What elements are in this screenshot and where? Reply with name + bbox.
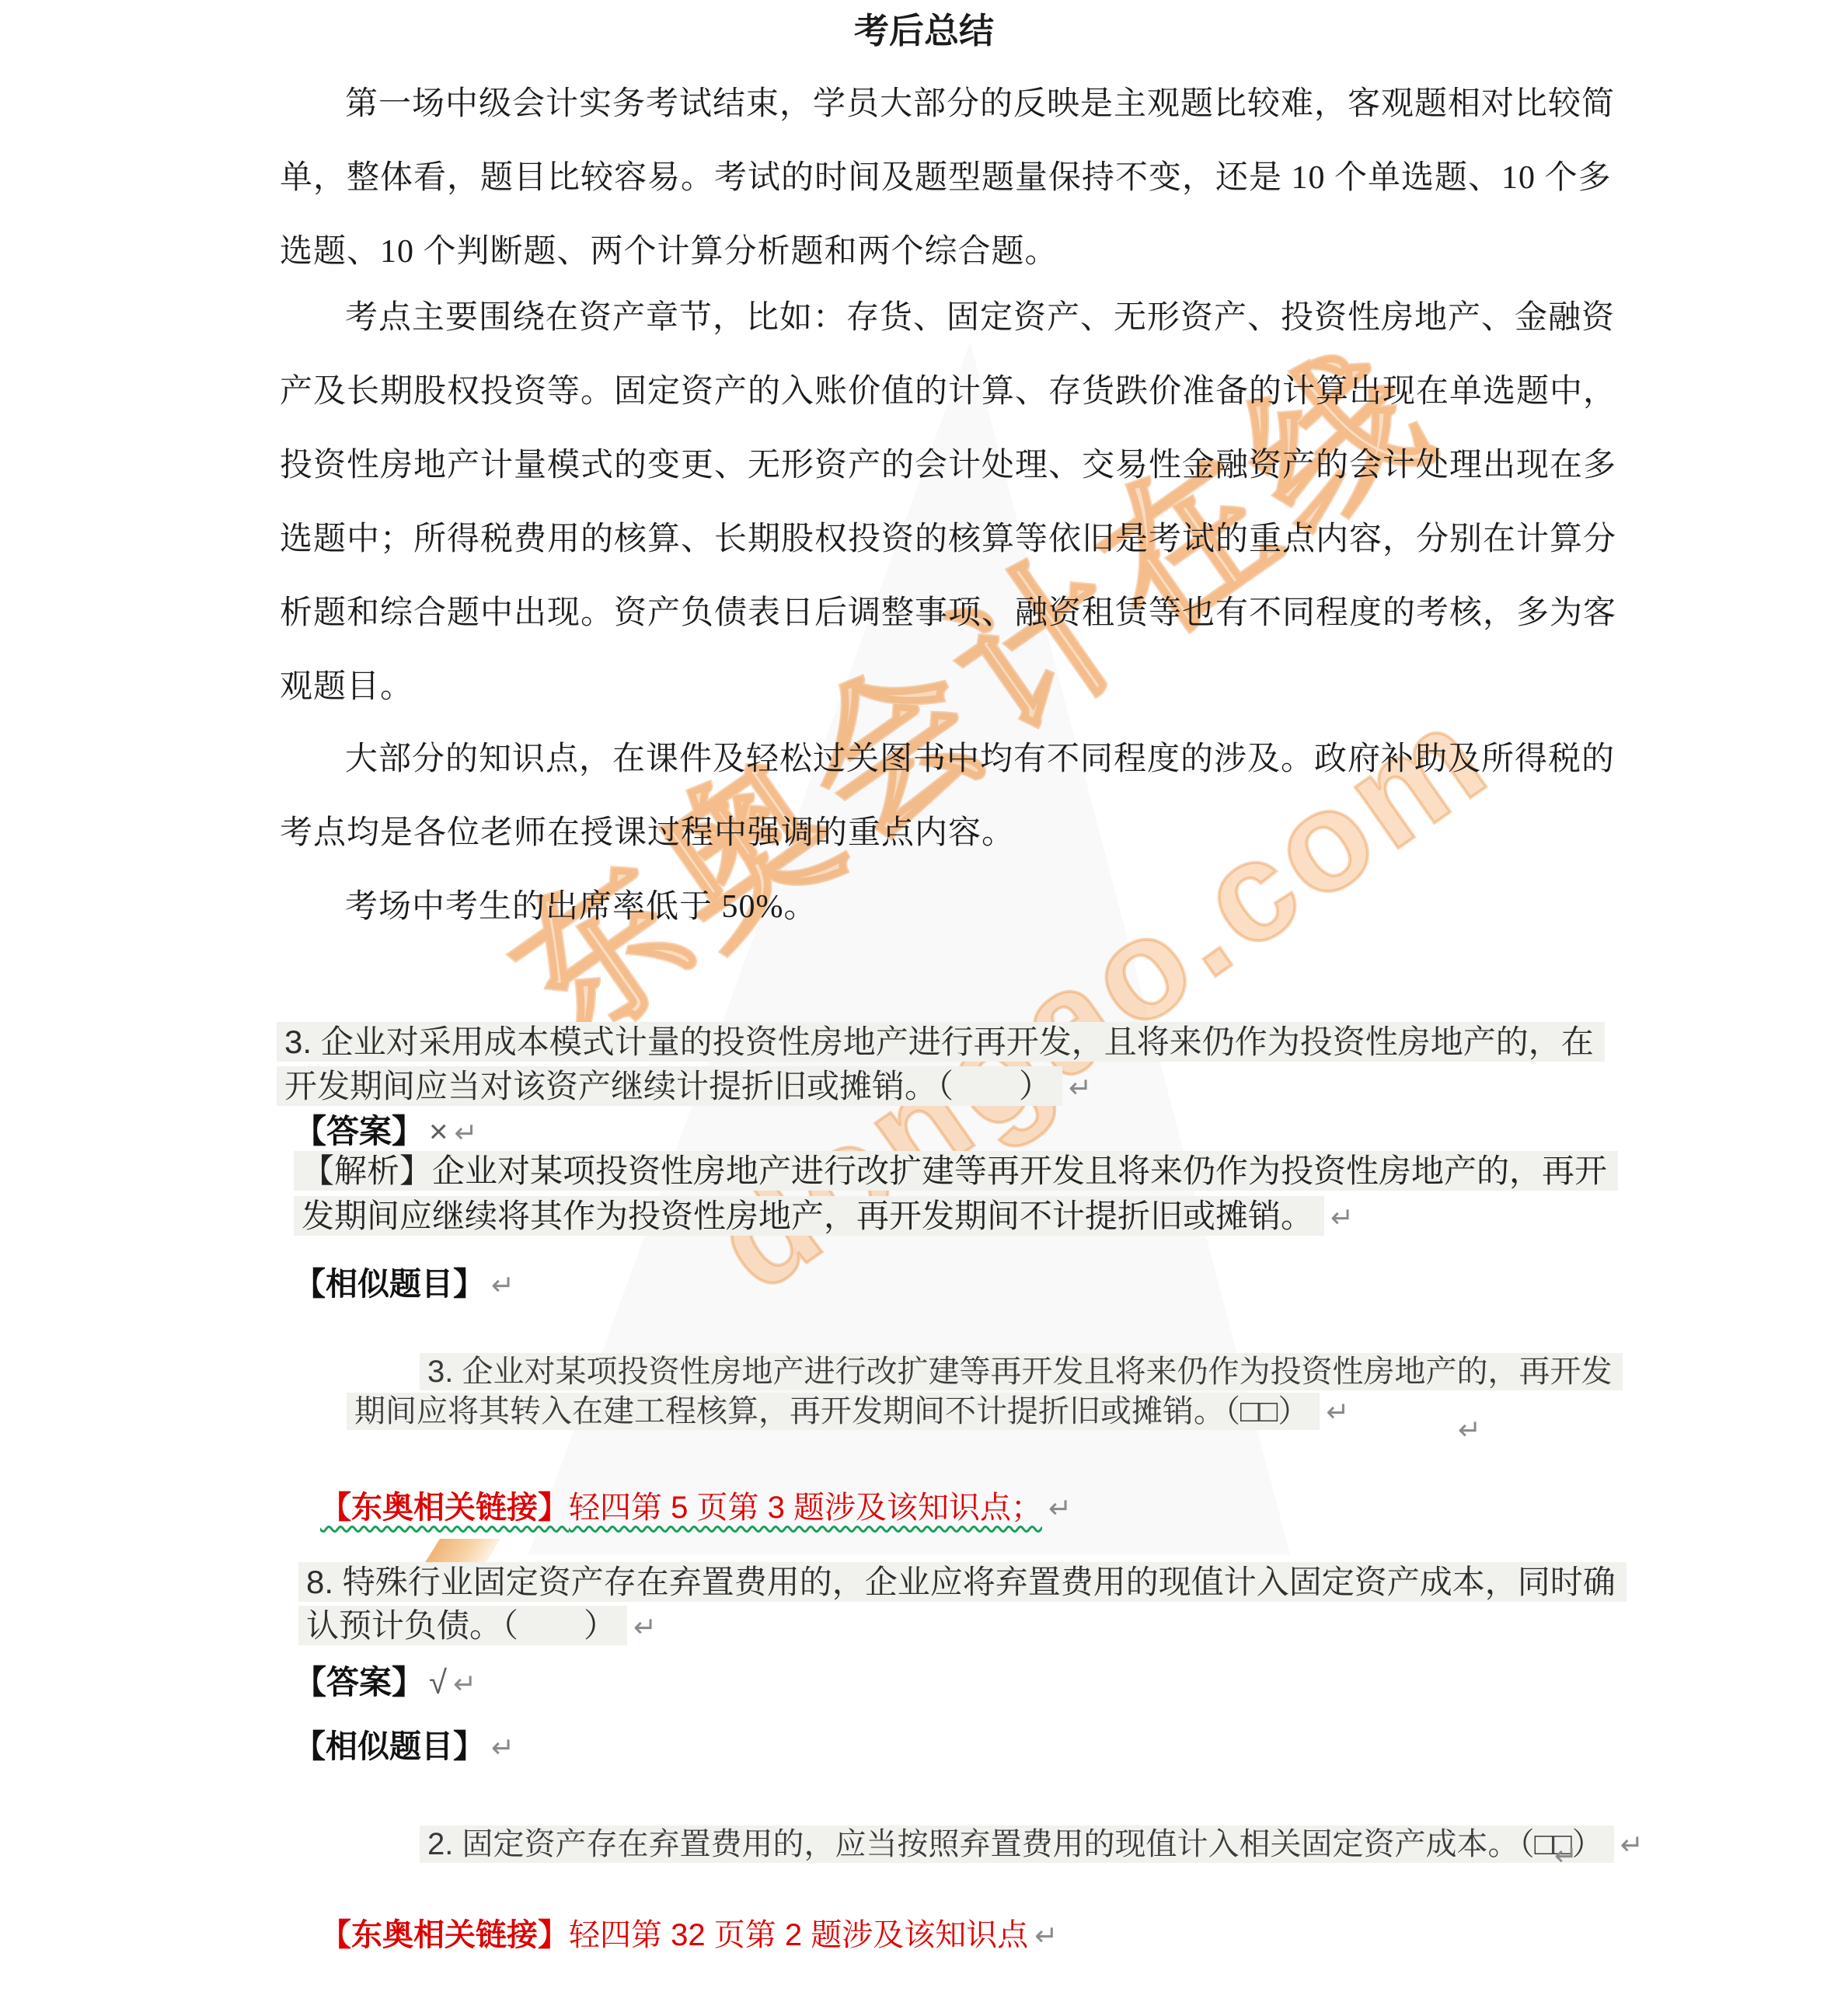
question-text: 8. 特殊行业固定资产存在弃置费用的，企业应将弃置费用的现值计入固定资产成本，同… (298, 1562, 1627, 1602)
paragraph-line: 考点均是各位老师在授课过程中强调的重点内容。 (280, 797, 1015, 870)
similar-question-text: 3. 企业对某项投资性房地产进行改扩建等再开发且将来仍作为投资性房地产的，再开发 (420, 1353, 1623, 1390)
similar-questions-heading: 【相似题目】↵ (294, 1262, 514, 1306)
return-mark-icon: ↵ (448, 1118, 478, 1149)
question-text: 开发期间应当对该资产继续计提折旧或摊销。（ ） (277, 1066, 1062, 1106)
paragraph-line: 第一场中级会计实务考试结束，学员大部分的反映是主观题比较难，客观题相对比较简 (345, 68, 1615, 141)
similar-questions-label: 【相似题目】 (294, 1266, 485, 1302)
return-mark-icon: ↵ (447, 1669, 476, 1700)
question-text: 3. 企业对采用成本模式计量的投资性房地产进行再开发，且将来仍作为投资性房地产的… (277, 1022, 1605, 1062)
paragraph-line: 选题、10 个判断题、两个计算分析题和两个综合题。 (280, 215, 1058, 289)
paragraph-line: 选题中；所得税费用的核算、长期股权投资的核算等依旧是考试的重点内容，分别在计算分 (280, 503, 1616, 577)
paragraph-line: 析题和综合题中出现。资产负债表日后调整事项、融资租赁等也有不同程度的考核，多为客 (280, 577, 1616, 650)
answer-label: 【答案】 (294, 1664, 424, 1700)
return-mark-icon: ↵ (1324, 1202, 1354, 1234)
return-mark-icon: ↵ (1320, 1397, 1349, 1428)
paragraph-line: 单，整体看，题目比较容易。考试的时间及题型题量保持不变，还是 10 个单选题、1… (280, 141, 1612, 215)
question-line: 8. 特殊行业固定资产存在弃置费用的，企业应将弃置费用的现值计入固定资产成本，同… (298, 1560, 1627, 1604)
answer-mark: × (424, 1113, 448, 1149)
paragraph-line: 大部分的知识点，在课件及轻松过关图书中均有不同程度的涉及。政府补助及所得税的 (345, 723, 1615, 797)
return-mark-icon: ↵ (1042, 1493, 1072, 1525)
related-link-label: 【东奥相关链接】 (320, 1918, 569, 1952)
related-link-detail: 轻四第 5 页第 3 题涉及该知识点； (569, 1491, 1042, 1525)
return-mark-icon: ↵ (485, 1732, 514, 1764)
answer-mark: √ (424, 1664, 447, 1700)
answer-label: 【答案】 (294, 1113, 424, 1149)
similar-question-text: 期间应将其转入在建工程核算，再开发期间不计提折旧或摊销。（□□） (347, 1393, 1320, 1430)
page-title: 考后总结 (0, 8, 1848, 54)
question-line: 开发期间应当对该资产继续计提折旧或摊销。（ ）↵ (277, 1064, 1092, 1108)
return-mark-icon: ↵ (1554, 1840, 1578, 1872)
return-mark-icon: ↵ (1614, 1829, 1644, 1861)
return-mark-icon: ↵ (1028, 1920, 1058, 1952)
paragraph-line: 产及长期股权投资等。固定资产的入账价值的计算、存货跌价准备的计算出现在单选题中， (280, 355, 1616, 429)
related-link-line: 【东奥相关链接】轻四第 5 页第 3 题涉及该知识点；↵ (320, 1486, 1072, 1529)
paragraph-line: 考场中考生的出席率低于 50%。 (345, 870, 818, 944)
paragraph-line: 考点主要围绕在资产章节，比如：存货、固定资产、无形资产、投资性房地产、金融资 (345, 281, 1615, 355)
analysis-text: 【解析】企业对某项投资性房地产进行改扩建等再开发且将来仍作为投资性房地产的，再开 (294, 1151, 1618, 1191)
question-text: 认预计负债。（ ） (298, 1606, 627, 1645)
paragraph-line: 观题目。 (280, 650, 413, 724)
return-mark-icon: ↵ (485, 1270, 514, 1302)
analysis-line: 【解析】企业对某项投资性房地产进行改扩建等再开发且将来仍作为投资性房地产的，再开 (294, 1149, 1618, 1193)
related-link-text: 【东奥相关链接】轻四第 5 页第 3 题涉及该知识点； (320, 1491, 1042, 1525)
answer-line: 【答案】×↵ (294, 1109, 478, 1153)
paragraph-line: 投资性房地产计量模式的变更、无形资产的会计处理、交易性金融资产的会计处理出现在多 (280, 429, 1616, 503)
similar-question-text: 2. 固定资产存在弃置费用的，应当按照弃置费用的现值计入相关固定资产成本。（□□… (420, 1826, 1614, 1863)
answer-line: 【答案】√↵ (294, 1660, 476, 1704)
related-link-label: 【东奥相关链接】 (320, 1491, 569, 1525)
return-mark-icon: ↵ (627, 1612, 657, 1644)
return-mark-icon: ↵ (1458, 1414, 1481, 1446)
analysis-line: 发期间应继续将其作为投资性房地产，再开发期间不计提折旧或摊销。↵ (294, 1194, 1354, 1238)
related-link-line: 【东奥相关链接】轻四第 32 页第 2 题涉及该知识点↵ (320, 1913, 1058, 1957)
similar-questions-heading: 【相似题目】↵ (294, 1725, 514, 1769)
analysis-text: 发期间应继续将其作为投资性房地产，再开发期间不计提折旧或摊销。 (294, 1196, 1324, 1236)
return-mark-icon: ↵ (1062, 1072, 1092, 1104)
similar-question-line: 2. 固定资产存在弃置费用的，应当按照弃置费用的现值计入相关固定资产成本。（□□… (420, 1822, 1644, 1866)
similar-question-line: 期间应将其转入在建工程核算，再开发期间不计提折旧或摊销。（□□）↵ (347, 1390, 1350, 1433)
question-line: 3. 企业对采用成本模式计量的投资性房地产进行再开发，且将来仍作为投资性房地产的… (277, 1020, 1605, 1064)
similar-question-line: 3. 企业对某项投资性房地产进行改扩建等再开发且将来仍作为投资性房地产的，再开发 (420, 1350, 1623, 1393)
question-line: 认预计负债。（ ）↵ (298, 1603, 657, 1648)
document-page: 考后总结 第一场中级会计实务考试结束，学员大部分的反映是主观题比较难，客观题相对… (0, 0, 1848, 1995)
similar-questions-label: 【相似题目】 (294, 1728, 485, 1764)
related-link-detail: 轻四第 32 页第 2 题涉及该知识点 (569, 1918, 1028, 1952)
